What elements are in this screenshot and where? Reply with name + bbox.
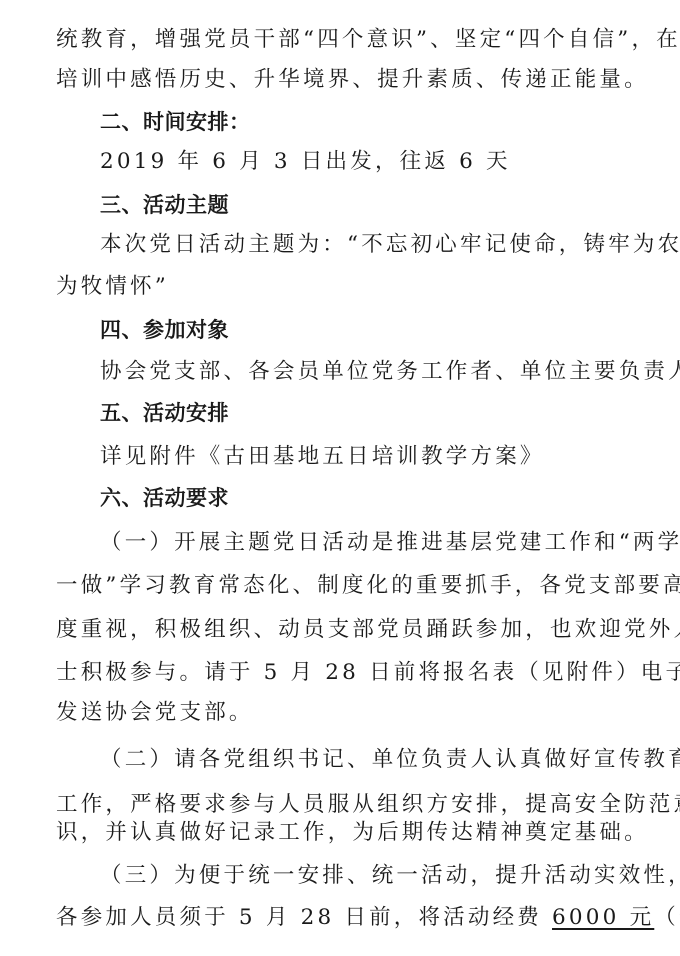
fee-amount: 6000 元 xyxy=(552,905,654,930)
paragraph-line-fee: 各参加人员须于 5 月 28 日前，将活动经费 6000 元（包含行 xyxy=(56,904,680,932)
paragraph-line: 识，并认真做好记录工作，为后期传达精神奠定基础。 xyxy=(56,819,649,847)
paragraph-line: （三）为便于统一安排、统一活动，提升活动实效性， xyxy=(100,862,680,890)
paragraph-line: 士积极参与。请于 5 月 28 日前将报名表（见附件）电子版 xyxy=(56,659,680,687)
paragraph-line: 为牧情怀” xyxy=(56,273,169,301)
paragraph-line: （二）请各党组织书记、单位负责人认真做好宣传教育 xyxy=(100,746,680,774)
section-heading: 四、参加对象 xyxy=(100,316,229,344)
section-heading: 六、活动要求 xyxy=(100,484,229,512)
paragraph-line: 协会党支部、各会员单位党务工作者、单位主要负责人 xyxy=(100,358,680,386)
section-heading: 三、活动主题 xyxy=(100,191,229,219)
paragraph-line: 2019 年 6 月 3 日出发，往返 6 天 xyxy=(100,148,511,176)
paragraph-line: 工作，严格要求参与人员服从组织方安排，提高安全防范意 xyxy=(56,791,680,819)
paragraph-line: （一）开展主题党日活动是推进基层党建工作和“两学 xyxy=(100,529,680,557)
fee-text-after: （包含行 xyxy=(654,905,680,930)
paragraph-line: 本次党日活动主题为：“不忘初心牢记使命，铸牢为农 xyxy=(100,231,680,259)
paragraph-line: 发送协会党支部。 xyxy=(56,699,254,727)
fee-text-before: 各参加人员须于 5 月 28 日前，将活动经费 xyxy=(56,905,552,930)
section-heading: 五、活动安排 xyxy=(100,399,229,427)
section-heading: 二、时间安排： xyxy=(100,108,251,136)
paragraph-line: 度重视，积极组织、动员支部党员踊跃参加，也欢迎党外人 xyxy=(56,616,680,644)
paragraph-line: 统教育，增强党员干部“四个意识”、坚定“四个自信”，在 xyxy=(56,26,680,54)
paragraph-line: 详见附件《古田基地五日培训教学方案》 xyxy=(100,443,545,471)
paragraph-line: 一做”学习教育常态化、制度化的重要抓手，各党支部要高 xyxy=(56,572,680,600)
paragraph-line: 培训中感悟历史、升华境界、提升素质、传递正能量。 xyxy=(56,66,649,94)
